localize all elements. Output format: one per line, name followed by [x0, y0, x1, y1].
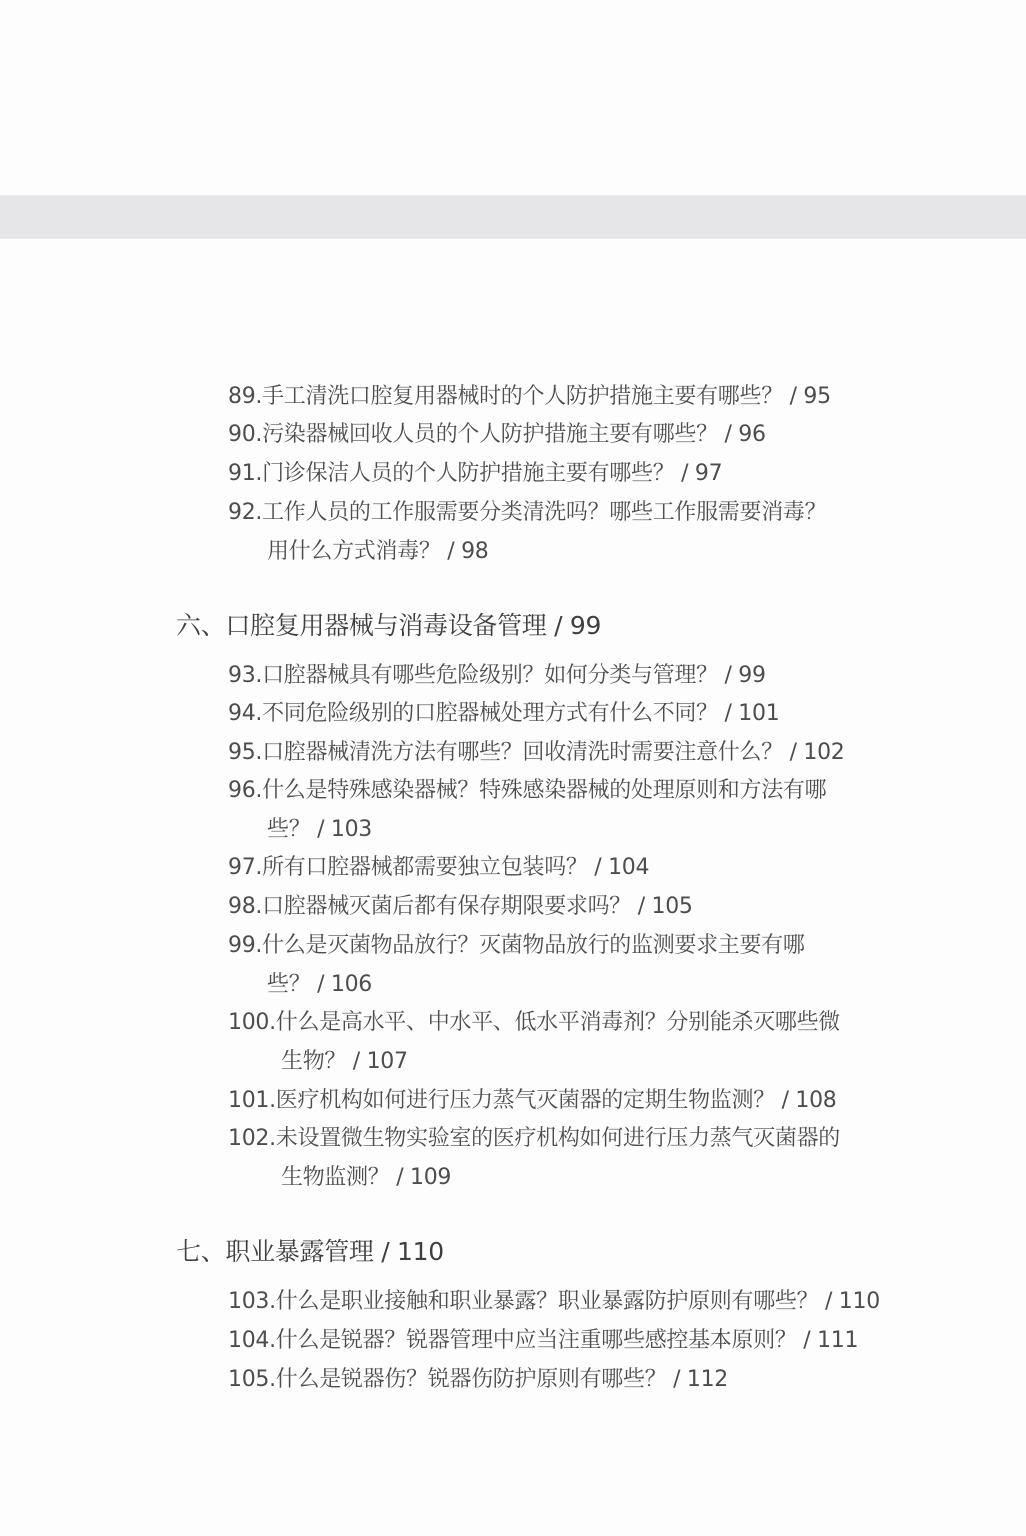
toc-entry-95[interactable]: 95.口腔器械清洗方法有哪些？回收清洗时需要注意什么？ / 102: [228, 734, 845, 773]
entry-text: 什么是锐器伤？锐器伤防护原则有哪些？ / 112: [276, 1367, 728, 1392]
entry-text: 不同危险级别的口腔器械处理方式有什么不同？ / 101: [262, 701, 779, 726]
entry-number: 100.: [228, 1004, 276, 1043]
entry-text: 什么是高水平、中水平、低水平消毒剂？分别能杀灭哪些微: [276, 1010, 840, 1035]
toc-entry-105[interactable]: 105.什么是锐器伤？锐器伤防护原则有哪些？ / 112: [228, 1361, 728, 1400]
entry-number: 101.: [228, 1082, 276, 1121]
entry-continuation: 些？ / 103: [228, 811, 826, 850]
toc-entry-96[interactable]: 96.什么是特殊感染器械？特殊感染器械的处理原则和方法有哪 些？ / 103: [228, 772, 826, 849]
entry-text: 工作人员的工作服需要分类清洗吗？哪些工作服需要消毒？: [262, 500, 826, 525]
entry-text: 医疗机构如何进行压力蒸气灭菌器的定期生物监测？ / 108: [276, 1088, 837, 1113]
entry-number: 96.: [228, 772, 262, 811]
entry-text: 未设置微生物实验室的医疗机构如何进行压力蒸气灭菌器的: [276, 1126, 840, 1151]
entry-text: 什么是灭菌物品放行？灭菌物品放行的监测要求主要有哪: [262, 933, 805, 958]
entry-continuation: 些？ / 106: [228, 966, 805, 1005]
toc-entry-101[interactable]: 101.医疗机构如何进行压力蒸气灭菌器的定期生物监测？ / 108: [228, 1082, 837, 1121]
page-top-margin: [0, 0, 1026, 195]
section-heading-6[interactable]: 六、口腔复用器械与消毒设备管理 / 99: [176, 607, 601, 645]
entry-text: 所有口腔器械都需要独立包装吗？ / 104: [262, 855, 649, 880]
entry-text: 手工清洗口腔复用器械时的个人防护措施主要有哪些？ / 95: [262, 384, 831, 409]
toc-entry-92[interactable]: 92.工作人员的工作服需要分类清洗吗？哪些工作服需要消毒？ 用什么方式消毒？ /…: [228, 494, 826, 571]
toc-entry-98[interactable]: 98.口腔器械灭菌后都有保存期限要求吗？ / 105: [228, 888, 693, 927]
entry-number: 104.: [228, 1322, 276, 1361]
toc-entry-103[interactable]: 103.什么是职业接触和职业暴露？职业暴露防护原则有哪些？ / 110: [228, 1283, 880, 1322]
entry-number: 98.: [228, 888, 262, 927]
entry-text: 什么是特殊感染器械？特殊感染器械的处理原则和方法有哪: [262, 778, 826, 803]
header-band: [0, 195, 1026, 239]
entry-number: 105.: [228, 1361, 276, 1400]
entry-number: 97.: [228, 849, 262, 888]
entry-number: 91.: [228, 455, 262, 494]
entry-text: 口腔器械灭菌后都有保存期限要求吗？ / 105: [262, 894, 693, 919]
toc-entry-91[interactable]: 91.门诊保洁人员的个人防护措施主要有哪些？ / 97: [228, 455, 722, 494]
toc-entry-94[interactable]: 94.不同危险级别的口腔器械处理方式有什么不同？ / 101: [228, 695, 779, 734]
entry-continuation: 生物？ / 107: [228, 1043, 840, 1082]
toc-entry-93[interactable]: 93.口腔器械具有哪些危险级别？如何分类与管理？ / 99: [228, 657, 766, 696]
toc-entry-104[interactable]: 104.什么是锐器？锐器管理中应当注重哪些感控基本原则？ / 111: [228, 1322, 858, 1361]
entry-text: 什么是锐器？锐器管理中应当注重哪些感控基本原则？ / 111: [276, 1328, 858, 1353]
entry-text: 口腔器械清洗方法有哪些？回收清洗时需要注意什么？ / 102: [262, 740, 844, 765]
section-heading-7[interactable]: 七、职业暴露管理 / 110: [176, 1233, 444, 1271]
entry-text: 污染器械回收人员的个人防护措施主要有哪些？ / 96: [262, 422, 766, 447]
toc-entry-99[interactable]: 99.什么是灭菌物品放行？灭菌物品放行的监测要求主要有哪 些？ / 106: [228, 927, 805, 1004]
entry-continuation: 生物监测？ / 109: [228, 1159, 840, 1198]
toc-entry-89[interactable]: 89.手工清洗口腔复用器械时的个人防护措施主要有哪些？ / 95: [228, 378, 831, 417]
entry-text: 什么是职业接触和职业暴露？职业暴露防护原则有哪些？ / 110: [276, 1289, 880, 1314]
entry-text: 门诊保洁人员的个人防护措施主要有哪些？ / 97: [262, 461, 722, 486]
entry-number: 94.: [228, 695, 262, 734]
entry-number: 90.: [228, 416, 262, 455]
entry-continuation: 用什么方式消毒？ / 98: [228, 533, 826, 572]
entry-text: 口腔器械具有哪些危险级别？如何分类与管理？ / 99: [262, 663, 766, 688]
toc-entry-100[interactable]: 100.什么是高水平、中水平、低水平消毒剂？分别能杀灭哪些微 生物？ / 107: [228, 1004, 840, 1081]
entry-number: 89.: [228, 378, 262, 417]
entry-number: 102.: [228, 1120, 276, 1159]
toc-entry-97[interactable]: 97.所有口腔器械都需要独立包装吗？ / 104: [228, 849, 649, 888]
toc-entry-90[interactable]: 90.污染器械回收人员的个人防护措施主要有哪些？ / 96: [228, 416, 766, 455]
entry-number: 93.: [228, 657, 262, 696]
entry-number: 92.: [228, 494, 262, 533]
entry-number: 103.: [228, 1283, 276, 1322]
toc-entry-102[interactable]: 102.未设置微生物实验室的医疗机构如何进行压力蒸气灭菌器的 生物监测？ / 1…: [228, 1120, 840, 1197]
entry-number: 99.: [228, 927, 262, 966]
entry-number: 95.: [228, 734, 262, 773]
